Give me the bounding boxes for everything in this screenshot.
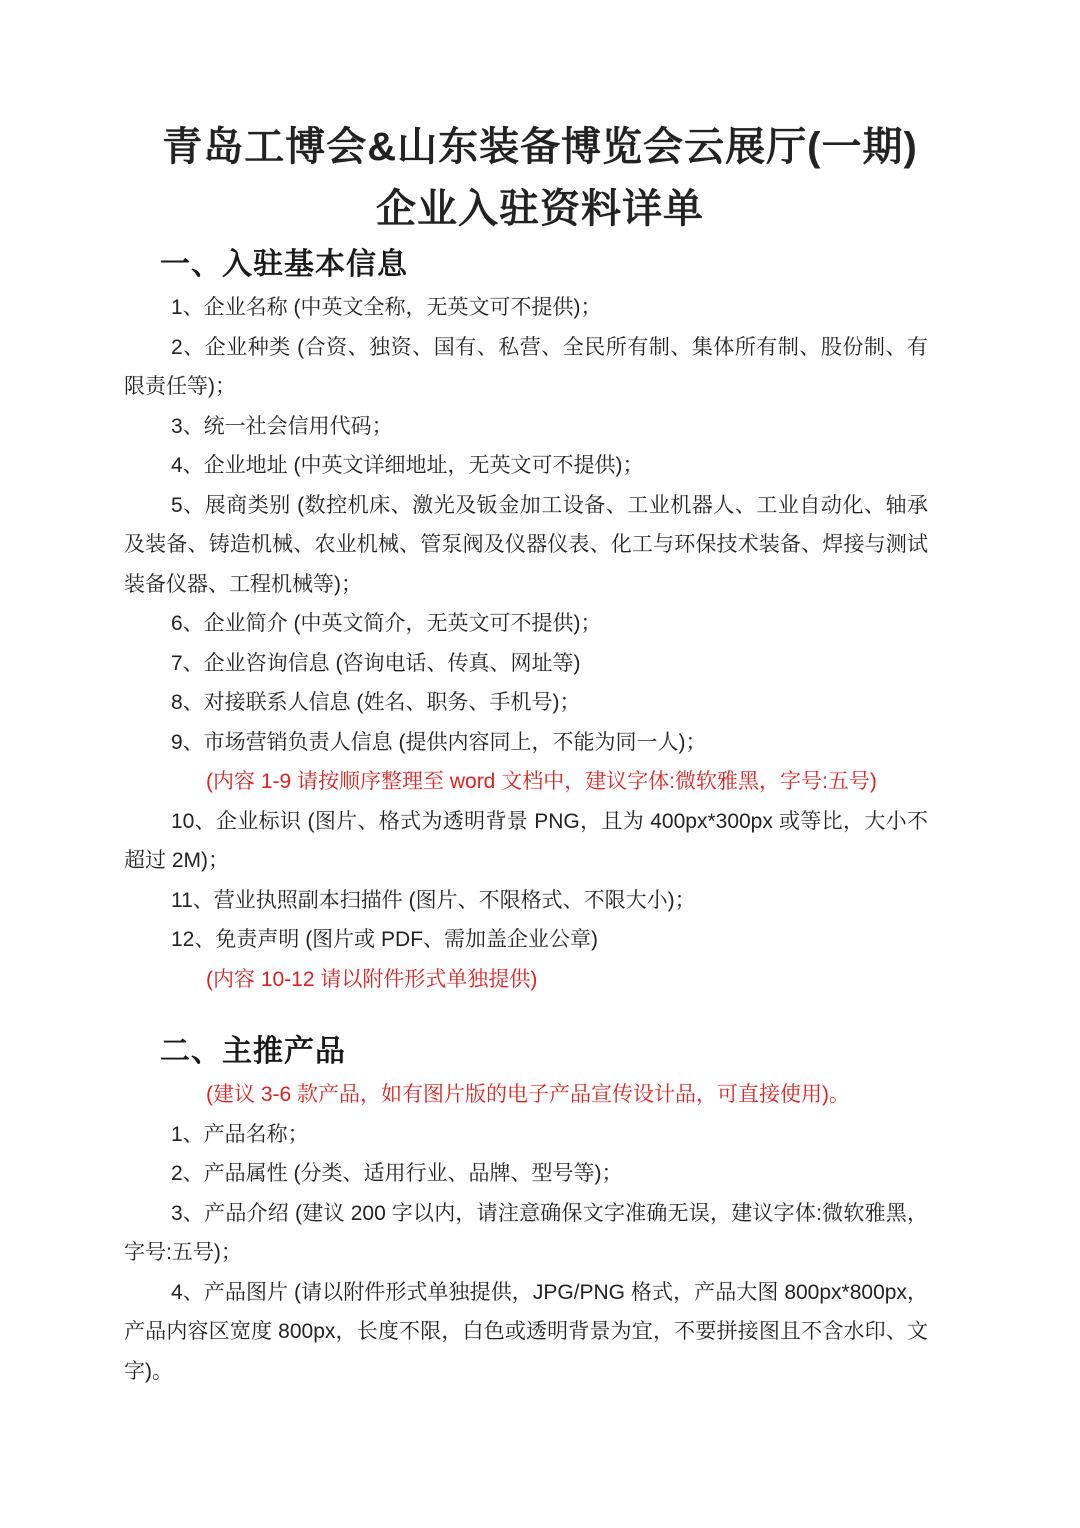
section-main-products: 二、主推产品 (建议 3-6 款产品，如有图片版的电子产品宣传设计品，可直接使用…: [124, 1029, 928, 1391]
section-basic-info-paragraphs: 1、企业名称 (中英文全称，无英文可不提供)；2、企业种类 (合资、独资、国有、…: [124, 288, 928, 999]
document-title: 青岛工博会&山东装备博览会云展厅(一期) 企业入驻资料详单: [0, 116, 1080, 240]
section-basic-info: 一、入驻基本信息 1、企业名称 (中英文全称，无英文可不提供)；2、企业种类 (…: [124, 242, 928, 999]
doc-note: (内容 1-9 请按顺序整理至 word 文档中，建议字体:微软雅黑，字号:五号…: [124, 762, 928, 802]
doc-item: 12、免责声明 (图片或 PDF、需加盖企业公章): [124, 920, 928, 960]
section-main-products-heading: 二、主推产品: [160, 1029, 928, 1075]
doc-item: 6、企业简介 (中英文简介，无英文可不提供)；: [124, 604, 928, 644]
doc-item: 10、企业标识 (图片、格式为透明背景 PNG，且为 400px*300px 或…: [124, 802, 928, 881]
doc-item: 9、市场营销负责人信息 (提供内容同上，不能为同一人)；: [124, 723, 928, 763]
doc-note: (建议 3-6 款产品，如有图片版的电子产品宣传设计品，可直接使用)。: [124, 1075, 928, 1115]
doc-item: 4、产品图片 (请以附件形式单独提供，JPG/PNG 格式，产品大图 800px…: [124, 1273, 928, 1392]
doc-item: 1、产品名称；: [124, 1115, 928, 1155]
document-page: 青岛工博会&山东装备博览会云展厅(一期) 企业入驻资料详单 一、入驻基本信息 1…: [0, 0, 1080, 1528]
doc-item: 2、产品属性 (分类、适用行业、品牌、型号等)；: [124, 1154, 928, 1194]
document-title-line2: 企业入驻资料详单: [0, 178, 1080, 240]
doc-item: 3、产品介绍 (建议 200 字以内，请注意确保文字准确无误，建议字体:微软雅黑…: [124, 1194, 928, 1273]
doc-item: 11、营业执照副本扫描件 (图片、不限格式、不限大小)；: [124, 881, 928, 921]
doc-item: 2、企业种类 (合资、独资、国有、私营、全民所有制、集体所有制、股份制、有限责任…: [124, 328, 928, 407]
doc-item: 4、企业地址 (中英文详细地址，无英文可不提供)；: [124, 446, 928, 486]
section-basic-info-heading: 一、入驻基本信息: [160, 242, 928, 288]
doc-item: 5、展商类别 (数控机床、激光及钣金加工设备、工业机器人、工业自动化、轴承及装备…: [124, 486, 928, 605]
doc-item: 8、对接联系人信息 (姓名、职务、手机号)；: [124, 683, 928, 723]
document-body: 一、入驻基本信息 1、企业名称 (中英文全称，无英文可不提供)；2、企业种类 (…: [0, 242, 1080, 1391]
document-title-line1: 青岛工博会&山东装备博览会云展厅(一期): [0, 116, 1080, 178]
doc-item: 7、企业咨询信息 (咨询电话、传真、网址等): [124, 644, 928, 684]
doc-note: (内容 10-12 请以附件形式单独提供): [124, 960, 928, 1000]
section-main-products-paragraphs: (建议 3-6 款产品，如有图片版的电子产品宣传设计品，可直接使用)。1、产品名…: [124, 1075, 928, 1391]
doc-item: 3、统一社会信用代码；: [124, 407, 928, 447]
doc-item: 1、企业名称 (中英文全称，无英文可不提供)；: [124, 288, 928, 328]
